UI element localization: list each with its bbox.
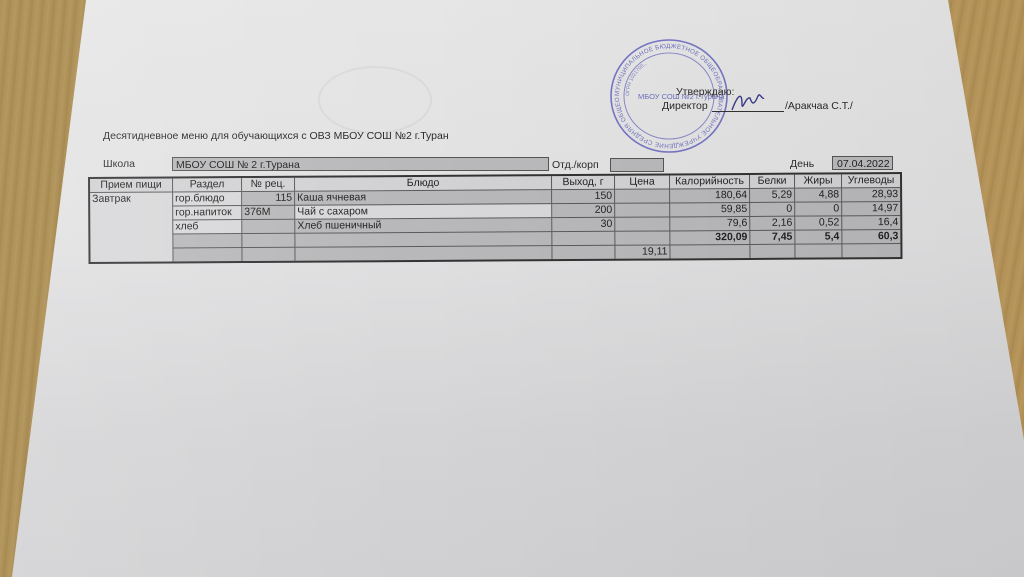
empty-cell [842, 244, 902, 259]
empty-cell [242, 233, 295, 247]
carbs-cell: 16,4 [842, 216, 902, 230]
dept-field [610, 158, 664, 172]
director-name: /Аракчаа С.Т./ [785, 100, 853, 112]
dish-cell: Хлеб пшеничный [295, 218, 552, 234]
director-label: Директор [662, 100, 708, 112]
total-price: 19,11 [615, 245, 670, 260]
table-row: гор.напиток 376М Чай с сахаром 200 59,85… [89, 202, 901, 221]
empty-cell [295, 232, 552, 248]
day-field: 07.04.2022 [832, 156, 893, 170]
section-cell: гор.блюдо [173, 192, 242, 206]
dept-label: Отд./корп [552, 159, 599, 171]
empty-cell [173, 234, 242, 248]
table-row: Завтрак гор.блюдо 115 Каша ячневая 150 1… [89, 188, 901, 207]
header-recipe: № рец. [242, 177, 295, 192]
calories-cell: 79,6 [670, 216, 750, 230]
price-cell [615, 217, 670, 231]
header-calories: Калорийность [669, 174, 749, 189]
carbs-cell: 14,97 [842, 202, 902, 216]
price-cell [615, 189, 670, 203]
header-dish: Блюдо [295, 175, 552, 191]
empty-cell [670, 244, 750, 259]
total-protein: 7,45 [750, 230, 795, 244]
totals-row: 320,09 7,45 5,4 60,3 [89, 230, 901, 249]
protein-cell: 0 [750, 202, 795, 216]
calories-cell: 180,64 [670, 188, 750, 202]
section-cell: хлеб [173, 220, 242, 234]
empty-cell [552, 245, 615, 260]
svg-text:ОГРН 1021700...: ОГРН 1021700... [625, 61, 649, 97]
svg-text:МУНИЦИПАЛЬНОЕ БЮДЖЕТНОЕ ОБЩЕОБ: МУНИЦИПАЛЬНОЕ БЮДЖЕТНОЕ ОБЩЕОБРАЗОВАТЕЛЬ… [608, 37, 724, 149]
weight-cell: 30 [552, 217, 615, 231]
fat-cell: 4,88 [795, 188, 842, 202]
menu-table: Прием пищи Раздел № рец. Блюдо Выход, г … [88, 172, 903, 264]
empty-cell [552, 231, 615, 245]
total-carbs: 60,3 [842, 230, 902, 244]
meal-cell: Завтрак [89, 192, 173, 263]
weight-cell: 200 [552, 203, 615, 217]
header-price: Цена [614, 174, 669, 189]
empty-cell [242, 247, 295, 262]
carbs-cell: 28,93 [842, 188, 902, 202]
protein-cell: 2,16 [750, 216, 795, 230]
approve-label: Утверждаю: [676, 86, 734, 98]
empty-cell [295, 246, 552, 262]
paper-sheet: МУНИЦИПАЛЬНОЕ БЮДЖЕТНОЕ ОБЩЕОБРАЗОВАТЕЛЬ… [0, 0, 1024, 577]
school-field: МБОУ СОШ № 2 г.Турана [172, 157, 549, 171]
header-meal: Прием пищи [89, 177, 173, 192]
calories-cell: 59,85 [670, 202, 750, 216]
header-weight: Выход, г [551, 175, 614, 190]
signature-line [712, 111, 784, 112]
recipe-cell [242, 219, 295, 233]
svg-text:МБОУ СОШ №2 г.Турана: МБОУ СОШ №2 г.Турана [638, 92, 725, 101]
faded-stamp-impression [318, 66, 432, 134]
document-title: Десятидневное меню для обучающихся с ОВЗ… [103, 130, 449, 142]
signature-icon [728, 90, 768, 114]
total-fat: 5,4 [795, 230, 842, 244]
protein-cell: 5,29 [750, 188, 795, 202]
empty-cell [173, 248, 242, 263]
total-calories: 320,09 [670, 230, 750, 244]
empty-cell [750, 244, 795, 259]
dish-cell: Каша ячневая [295, 190, 552, 206]
weight-cell: 150 [552, 189, 615, 203]
table-row: хлеб Хлеб пшеничный 30 79,6 2,16 0,52 16… [89, 216, 901, 235]
fat-cell: 0 [795, 202, 842, 216]
recipe-cell: 376М [242, 205, 295, 219]
school-label: Школа [103, 158, 135, 170]
dish-cell: Чай с сахаром [295, 204, 552, 220]
price-cell [615, 203, 670, 217]
day-label: День [790, 158, 814, 170]
empty-cell [615, 231, 670, 245]
header-carbs: Углеводы [841, 173, 901, 188]
recipe-cell: 115 [242, 191, 295, 205]
official-stamp-icon: МУНИЦИПАЛЬНОЕ БЮДЖЕТНОЕ ОБЩЕОБРАЗОВАТЕЛЬ… [608, 37, 730, 155]
section-cell: гор.напиток [173, 206, 242, 220]
header-protein: Белки [749, 174, 794, 189]
price-row: 19,11 [89, 244, 901, 263]
header-fat: Жиры [794, 173, 841, 188]
fat-cell: 0,52 [795, 216, 842, 230]
empty-cell [795, 244, 842, 259]
table-header-row: Прием пищи Раздел № рец. Блюдо Выход, г … [89, 173, 901, 192]
header-section: Раздел [173, 177, 242, 192]
